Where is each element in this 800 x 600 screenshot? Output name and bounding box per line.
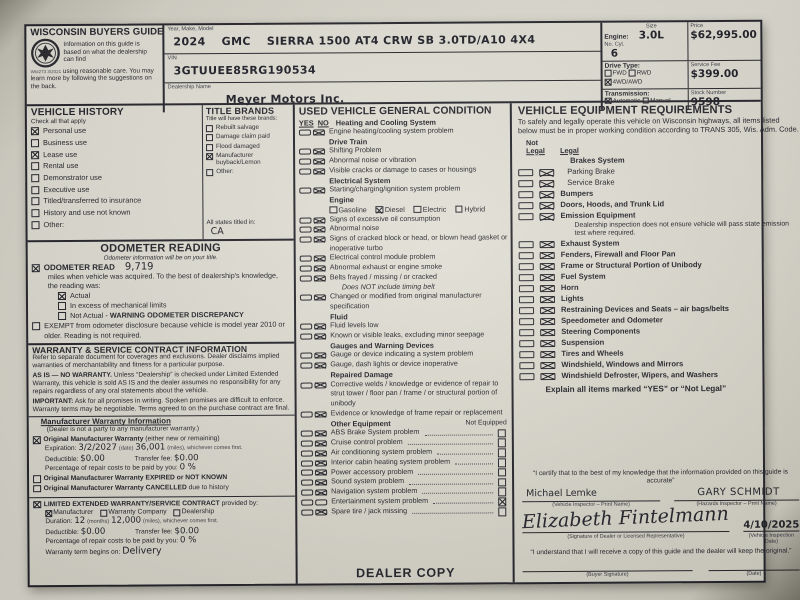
yes-no-pair: [301, 499, 328, 505]
dealer-copy-label: DEALER COPY: [302, 565, 510, 582]
vehicle-history-checkbox: [31, 186, 39, 194]
extended-percentage-value: 0 %: [180, 535, 196, 545]
condition-row: Known or visible leaks, excluding minor …: [300, 330, 508, 341]
not-equipped-checkbox: [497, 439, 506, 448]
buyer-date-cell: (Date): [708, 569, 799, 577]
no-checkbox: [314, 236, 326, 242]
vehicle-history-list: Personal use Business use Lease use: [31, 125, 200, 230]
yes-checkbox: [299, 130, 311, 136]
inspection-date-cell: 4/10/2025 (Vehicle Inspection Date): [743, 511, 799, 545]
not-legal-checkbox: [519, 252, 534, 259]
vehicle-history-checkbox: [31, 209, 39, 217]
not-legal-checkbox: [518, 169, 533, 176]
original-warranty-checkbox: [33, 436, 41, 444]
not-equipped-checkbox: [498, 507, 507, 516]
no-checkbox: [313, 168, 325, 174]
yes-checkbox: [301, 499, 313, 505]
vehicle-history-checkbox: [31, 197, 39, 205]
vehicle-history-item: Lease use: [31, 149, 199, 161]
vehicle-history-checkbox: [31, 174, 39, 182]
equipment-label: Service Brake: [567, 178, 614, 189]
yes-no-pair: [300, 324, 327, 330]
yes-checkbox: [300, 256, 312, 262]
no-checkbox: [315, 431, 327, 437]
yes-no-pair: [301, 470, 328, 476]
legal-columns-header: NotLegal Legal: [526, 137, 799, 155]
other-equipment-row: Spare tire / jack missing: [301, 506, 509, 517]
fuel-type-option: Hybrid: [455, 204, 485, 214]
fuel-type-checkbox: [455, 205, 463, 213]
form-header: WISCONSIN BUYERS GUIDE Information on th…: [26, 22, 760, 106]
not-equipped-label: Not Equipped: [466, 418, 509, 428]
manufacturer-warranty-section: Manufacturer Warranty Information (Deale…: [29, 415, 295, 495]
title-brand-label: Damage claim paid: [216, 133, 270, 141]
warranty-begins-row: Warranty term begins on: Delivery: [45, 545, 291, 557]
title-brands-section: TITLE BRANDS Title will have these brand…: [203, 105, 294, 240]
hazards-inspector-name: GARY SCHMIDT: [674, 486, 799, 500]
equipment-label: Tires and Wheels: [561, 348, 623, 359]
drive-type-options: FWDRWD4WD/AWD: [605, 71, 654, 87]
equipment-label: Brakes System: [570, 156, 625, 167]
vehicle-history-item: Executive use: [31, 184, 199, 196]
dotted-leader: [422, 493, 492, 494]
other-equipment-label: Navigation system problem: [331, 487, 417, 497]
yes-no-pair: [300, 236, 327, 242]
not-legal-checkbox: [519, 307, 534, 314]
drive-type-option-label: FWD: [613, 70, 627, 77]
condition-rows-a: Engine heating/cooling system problem Dr…: [299, 126, 507, 205]
no-checkbox: [314, 227, 326, 233]
equipment-label: Doors, Hoods, and Trunk Lid: [560, 200, 664, 211]
yes-no-pair: [300, 333, 327, 339]
equipment-label: Bumpers: [560, 189, 593, 200]
equipment-intro: To safely and legally operate this vehic…: [518, 117, 799, 136]
no-checkbox: [313, 188, 325, 194]
guide-info-box: WISCONSIN BUYERS GUIDE Information on th…: [26, 25, 165, 112]
no-checkbox: [315, 450, 327, 456]
equipment-label: Speedometer and Odometer: [561, 315, 663, 326]
extended-duration-value: 12: [74, 516, 85, 526]
not-equipped-checkbox: [498, 468, 507, 477]
vehicle-history-label: Rental use: [43, 161, 78, 172]
equipment-label: Suspension: [561, 337, 604, 348]
yes-checkbox: [300, 266, 312, 272]
equipment-label: Lights: [561, 293, 584, 304]
no-checkbox: [315, 440, 327, 446]
no-checkbox: [314, 363, 326, 369]
condition-label: Signs of cracked block or head, or blown…: [330, 233, 508, 253]
odometer-exempt-label: EXEMPT from odometer disclosure because …: [44, 320, 290, 341]
odometer-option-checkbox: [58, 292, 66, 300]
other-equipment-label: Entertainment system problem: [331, 497, 428, 507]
inspection-date-label: (Vehicle Inspection Date): [743, 531, 799, 545]
service-fee-value: $399.00: [691, 68, 739, 80]
yes-checkbox: [301, 411, 313, 417]
odometer-option-label: In excess of mechanical limits: [70, 300, 167, 310]
equipment-label: Fenders, Firewall and Floor Pan: [561, 249, 676, 260]
yes-no-pair: [300, 266, 327, 272]
warranty-expired-checkbox: [33, 475, 41, 483]
yes-checkbox: [299, 217, 311, 223]
vehicle-history-item: Personal use: [31, 125, 199, 137]
yes-no-pair: [300, 363, 327, 369]
legal-checkbox: [540, 351, 555, 358]
legal-checkbox: [540, 329, 555, 336]
condition-row: Evidence or knowledge of frame repair or…: [301, 408, 509, 419]
no-checkbox: [314, 382, 326, 388]
vehicle-history-item: Rental use: [31, 160, 199, 172]
condition-label: Gauges and Warning Devices: [330, 341, 434, 351]
yes-no-pair: [301, 431, 328, 437]
yes-checkbox: [301, 489, 313, 495]
fuel-type-checkbox: [329, 206, 337, 214]
vehicle-history-checkbox: [31, 151, 39, 159]
equipment-row: Emission EquipmentDealership inspection …: [518, 210, 799, 239]
no-checkbox: [314, 275, 326, 281]
vehicle-identity-box: Year, Make, Model 2024GMCSIERRA 1500 AT4…: [164, 23, 603, 112]
not-legal-checkbox: [519, 263, 534, 270]
vehicle-history-label: Lease use: [43, 150, 77, 161]
not-legal-checkbox: [519, 318, 534, 325]
vin-label: VIN: [167, 53, 597, 62]
equipment-label: Parking Brake: [567, 167, 615, 178]
extended-deductible-value: $0.00: [81, 527, 106, 537]
not-legal-checkbox: [518, 213, 533, 220]
dealer-signature-cell: Elizabeth Fintelmann (Signature of Deale…: [522, 511, 729, 546]
vehicle-inspector-cell: Michael Lemke (Vehicle Inspector – Print…: [522, 487, 660, 508]
warranty-provider-option: Dealership: [174, 508, 215, 516]
equipment-label: Fuel System: [561, 271, 606, 282]
vehicle-history-item: History and use not known: [31, 207, 199, 219]
title-brand-checkbox: [206, 125, 213, 132]
equipment-label: Frame or Structural Portion of Unibody: [561, 260, 702, 271]
legal-checkbox: [540, 362, 555, 369]
condition-rows-b: Signs of excessive oil consumption Abnor…: [299, 214, 508, 419]
states-titled: All states titled in: CA: [206, 219, 291, 238]
dotted-leader: [412, 512, 493, 513]
warranty-deductible-value: $0.00: [80, 454, 105, 464]
left-column: VEHICLE HISTORY Check all that apply Per…: [27, 105, 298, 586]
equipment-label: Exhaust System: [561, 238, 620, 249]
vehicle-history-label: Executive use: [43, 184, 89, 195]
other-equipment-label: Interior cabin heating system problem: [331, 457, 450, 468]
warranty-provider-checkbox: [100, 510, 107, 517]
vehicle-history-section: VEHICLE HISTORY Check all that apply Per…: [27, 105, 204, 240]
yes-no-pair: [300, 275, 327, 281]
yes-no-pair: [299, 168, 326, 174]
extended-miles-value: 12,000: [111, 516, 141, 526]
dotted-leader: [408, 444, 493, 446]
no-checkbox: [314, 333, 326, 339]
other-equipment-label: Spare tire / jack missing: [331, 507, 407, 517]
legal-checkbox: [540, 340, 555, 347]
dotted-leader: [437, 454, 492, 455]
fuel-type-checkbox: [414, 206, 422, 214]
vehicle-history-checkbox: [31, 162, 39, 170]
buyer-date-label: (Date): [708, 569, 799, 577]
yes-no-pair: [300, 382, 327, 388]
condition-row: Visible cracks or damage to cases or hou…: [299, 165, 507, 176]
equipment-row: Windshield Defroster, Wipers, and Washer…: [519, 369, 800, 381]
no-checkbox: [314, 295, 326, 301]
not-legal-checkbox: [518, 191, 533, 198]
buyer-signature-label: (Buyer Signature): [523, 570, 693, 579]
title-brand-label: Manufacturer buyback/Lemon: [216, 151, 291, 167]
explain-instruction: Explain all items marked “YES” or “Not L…: [546, 384, 800, 395]
condition-label: Corrective welds / knowledge or evidence…: [330, 379, 508, 409]
yes-no-pair: [301, 480, 328, 486]
warranty-cancelled-row: Original Manufacturer Warranty CANCELLED…: [33, 482, 291, 493]
yes-no-pair: [300, 295, 327, 301]
drive-type-option: RWD: [629, 69, 652, 76]
vehicle-history-item: Demonstrator use: [31, 172, 199, 184]
not-legal-checkbox: [518, 180, 533, 187]
condition-label: Electrical System: [329, 176, 390, 186]
yes-checkbox: [301, 480, 313, 486]
not-equipped-checkbox: [498, 478, 507, 487]
no-checkbox: [313, 159, 325, 165]
transmission-checkbox: [642, 97, 649, 104]
title-brand-label: Other:: [216, 168, 234, 176]
odometer-note: miles when vehicle was acquired. To the …: [48, 272, 290, 291]
title-brand-checkbox: [206, 144, 213, 151]
fuel-type-label: Hybrid: [464, 204, 485, 214]
warranty-paragraph-2: AS IS — NO WARRANTY. Unless “Dealership”…: [32, 370, 290, 396]
dotted-leader: [433, 503, 493, 504]
condition-label: Signs of excessive oil consumption: [329, 214, 440, 224]
condition-label: Fluid: [330, 312, 348, 322]
equipment-label: Restraining Devices and Seats – air bags…: [561, 304, 729, 315]
odometer-exempt-checkbox: [32, 323, 40, 331]
dotted-leader: [455, 463, 492, 464]
warranty-provider-label: Dealership: [182, 508, 215, 516]
drive-type-checkbox: [605, 79, 612, 86]
not-equipped-checkbox: [497, 449, 506, 458]
vehicle-history-label: Business use: [43, 138, 87, 149]
title-brand-checkbox: [206, 169, 213, 176]
no-checkbox: [315, 499, 327, 505]
not-equipped-checkbox: [498, 488, 507, 497]
yes-no-pair: [301, 450, 328, 456]
other-equipment-label: Sound system problem: [331, 477, 404, 487]
extended-warranty-row: LIMITED EXTENDED WARRANTY/SERVICE CONTRA…: [33, 498, 291, 509]
drive-type-option-label: RWD: [637, 69, 652, 76]
equipment-label: Windshield, Windows and Mirrors: [561, 359, 683, 370]
certification-text: “I certify that to the best of my knowle…: [520, 468, 800, 486]
title-brand-item: Manufacturer buyback/Lemon: [206, 151, 291, 167]
transmission-checkbox: [605, 97, 612, 104]
condition-row: Changed or modified from original manufa…: [300, 292, 508, 313]
title-brand-item: Other:: [206, 168, 291, 177]
fuel-type-option: Electric: [414, 204, 447, 214]
condition-label: Drive Train: [329, 137, 367, 147]
yes-checkbox: [300, 382, 312, 388]
extended-warranty-section: LIMITED EXTENDED WARRANTY/SERVICE CONTRA…: [29, 496, 295, 560]
odometer-section: ODOMETER READING Odometer information wi…: [28, 241, 295, 345]
no-checkbox: [315, 470, 327, 476]
legal-checkbox: [540, 307, 555, 314]
vehicle-history-item: Titled/transferred to insurance: [31, 196, 199, 208]
vehicle-history-label: Other:: [43, 220, 64, 231]
dealership-label: Dealership Name: [168, 82, 598, 91]
equipment-label: Emission EquipmentDealership inspection …: [560, 210, 799, 238]
no-checkbox: [313, 129, 325, 135]
legal-checkbox: [540, 252, 555, 259]
condition-label: Changed or modified from original manufa…: [330, 292, 508, 312]
dotted-leader: [418, 473, 492, 474]
buyer-signature-cell: (Buyer Signature): [523, 570, 693, 579]
legal-checkbox: [540, 241, 555, 248]
yes-no-pair: [299, 188, 326, 194]
fuel-type-checkbox: [376, 206, 384, 214]
not-legal-checkbox: [519, 329, 534, 336]
no-checkbox: [314, 256, 326, 262]
odometer-option-checkbox: [58, 302, 66, 310]
yes-no-pair: [301, 411, 328, 417]
title-brand-item: Flood damaged: [206, 142, 291, 151]
fuel-type-option: Diesel: [376, 205, 405, 215]
equipment-note: Dealership inspection does not ensure ve…: [575, 220, 800, 238]
odometer-exempt-row: EXEMPT from odometer disclosure because …: [32, 320, 290, 341]
condition-label: Visible cracks or damage to cases or hou…: [329, 165, 476, 176]
yes-no-pair: [300, 227, 327, 233]
no-checkbox: [313, 217, 325, 223]
yes-checkbox: [299, 159, 311, 165]
no-checkbox: [315, 411, 327, 417]
fuel-type-option: Gasoline: [329, 205, 366, 215]
equipment-requirements-section: VEHICLE EQUIPMENT REQUIREMENTS To safely…: [512, 101, 800, 582]
vehicle-specs-box: Engine: Size 3.0L No. Cyl. 6 Price $62,9…: [602, 22, 761, 109]
yes-no-pair: [299, 217, 326, 223]
title-brands-list: Rebuilt salvage Damage claim paid Flood …: [206, 123, 291, 177]
warranty-section: WARRANTY & SERVICE CONTRACT INFORMATION …: [28, 343, 295, 585]
legal-checkbox: [540, 263, 555, 270]
title-brand-checkbox: [206, 153, 213, 160]
yes-no-pair: [299, 149, 326, 155]
yes-checkbox: [300, 275, 312, 281]
no-checkbox: [315, 489, 327, 495]
not-legal-checkbox: [519, 340, 534, 347]
condition-label: Abnormal noise or vibration: [329, 156, 416, 166]
equipment-label: Windshield Defroster, Wipers, and Washer…: [561, 370, 718, 381]
odometer-option: Not Actual - WARNING ODOMETER DISCREPANC…: [58, 310, 290, 321]
states-titled-value: CA: [207, 226, 292, 238]
certification-block: “I certify that to the best of my knowle…: [520, 468, 800, 579]
no-checkbox: [314, 266, 326, 272]
not-legal-checkbox: [519, 296, 534, 303]
vin-value: 3GTUUEE85RG190534: [168, 64, 316, 78]
condition-label: Known or visible leaks, excluding minor …: [330, 331, 484, 342]
condition-label: Engine: [329, 195, 354, 205]
general-condition-section: USED VEHICLE GENERAL CONDITION YESNO Hea…: [295, 103, 515, 583]
legal-checkbox: [539, 191, 554, 198]
yes-checkbox: [301, 460, 313, 466]
yes-checkbox: [299, 168, 311, 174]
yes-checkbox: [301, 431, 313, 437]
drive-type-option: 4WD/AWD: [605, 78, 643, 85]
title-brands-title: TITLE BRANDS: [206, 106, 291, 117]
warranty-provider-checkbox: [45, 510, 52, 517]
fuel-type-label: Gasoline: [338, 205, 366, 215]
odometer-option-checkbox: [58, 312, 66, 320]
not-legal-checkbox: [519, 362, 534, 369]
yes-checkbox: [299, 188, 311, 194]
dotted-leader: [409, 483, 492, 485]
condition-row: Corrective welds / knowledge or evidence…: [300, 379, 508, 409]
legal-checkbox: [540, 285, 555, 292]
condition-row: Signs of cracked block or head, or blown…: [300, 233, 508, 254]
no-checkbox: [315, 509, 327, 515]
ymm-label: Year, Make, Model: [167, 24, 597, 33]
legal-checkbox: [539, 180, 554, 187]
equipment-list: Brakes System Parking Brake Service Brak…: [518, 154, 800, 381]
vehicle-history-label: Titled/transferred to insurance: [43, 196, 141, 207]
equipment-label: Horn: [561, 282, 579, 293]
odometer-option-label: Not Actual - WARNING ODOMETER DISCREPANC…: [70, 310, 244, 321]
yes-checkbox: [300, 353, 312, 359]
vehicle-history-checkbox: [31, 221, 39, 229]
not-legal-checkbox: [519, 373, 534, 380]
drive-type-option: FWD: [605, 70, 627, 77]
title-brand-label: Rebuilt salvage: [216, 124, 259, 132]
legal-checkbox: [540, 274, 555, 281]
yes-no-pair: [301, 489, 328, 495]
fuel-type-label: Electric: [423, 204, 447, 214]
vehicle-history-subtitle: Check all that apply: [31, 117, 199, 125]
vehicle-history-label: Demonstrator use: [43, 173, 102, 184]
vehicle-history-item: Other:: [31, 219, 199, 231]
guide-title: WISCONSIN BUYERS GUIDE: [30, 28, 158, 36]
price-value: $62,995.00: [690, 29, 757, 41]
year-make-model-value: 2024GMCSIERRA 1500 AT4 CRW SB 3.0TD/A10 …: [167, 33, 535, 48]
no-checkbox: [314, 353, 326, 359]
legal-checkbox: [540, 318, 555, 325]
vehicle-history-checkbox: [31, 127, 39, 135]
yes-no-pair: [299, 129, 326, 135]
drive-type-checkbox: [605, 70, 612, 77]
guide-info-text: Information on this guide is based on wh…: [63, 41, 158, 64]
acknowledgement-text: “I understand that I will receive a copy…: [521, 547, 800, 557]
yes-no-pair: [301, 440, 328, 446]
odometer-option-label: Actual: [70, 291, 90, 301]
not-legal-checkbox: [519, 351, 534, 358]
legal-checkbox: [539, 202, 554, 209]
not-equipped-checkbox: [497, 429, 506, 438]
title-brand-label: Flood damaged: [216, 142, 260, 150]
inspection-date-value: 4/10/2025: [743, 511, 799, 531]
condition-label: Fluid levels low: [330, 321, 378, 331]
condition-label: Starting/charging/ignition system proble…: [329, 185, 460, 196]
title-brand-checkbox: [206, 134, 213, 141]
other-equipment-list: ABS Brake System problem Cruise control …: [301, 428, 510, 517]
warranty-paragraph-3: IMPORTANT: Ask for all promises in writi…: [33, 397, 291, 415]
warranty-miles-value: 36,001: [135, 443, 165, 453]
legal-checkbox: [540, 373, 555, 380]
other-equipment-label: ABS Brake System problem: [331, 428, 420, 438]
odometer-read-checkbox: [32, 264, 40, 272]
warranty-percentage-value: 0 %: [180, 462, 196, 472]
condition-label: Engine heating/cooling system problem: [329, 127, 454, 137]
warranty-provider-option: Manufacturer: [45, 509, 93, 517]
warranty-expiration-value: 3/2/2027: [78, 443, 117, 453]
yes-checkbox: [300, 295, 312, 301]
vehicle-history-label: History and use not known: [43, 208, 130, 219]
vehicle-history-label: Personal use: [43, 126, 86, 137]
yes-no-pair: [300, 353, 327, 359]
yes-checkbox: [299, 149, 311, 155]
other-equipment-label: Air conditioning system problem: [331, 448, 432, 458]
title-brand-item: Damage claim paid: [206, 133, 291, 142]
